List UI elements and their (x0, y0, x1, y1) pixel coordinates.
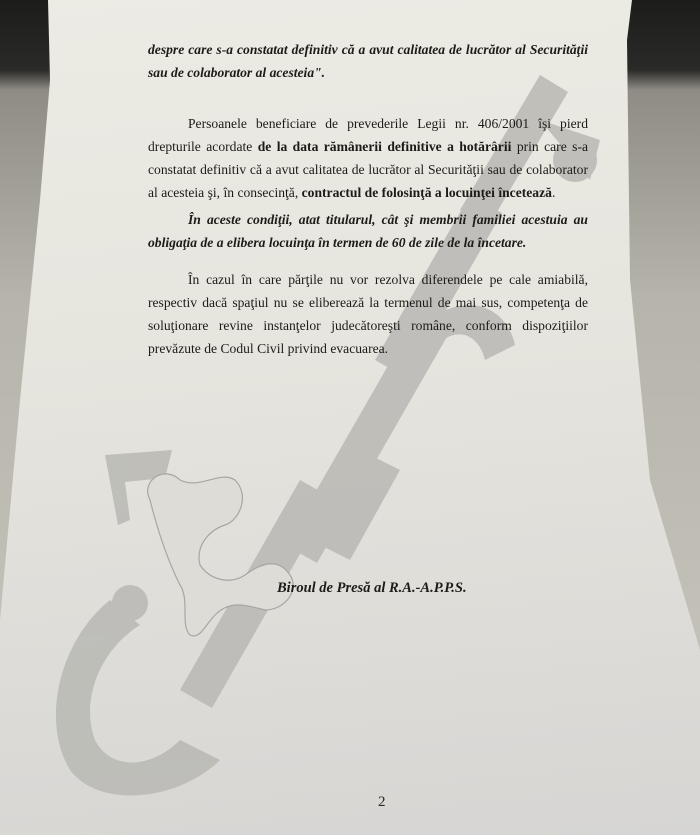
paragraph-obligation: În aceste condiţii, atat titularul, cât … (148, 208, 588, 254)
document-body: despre care s-a constatat definitiv că a… (0, 0, 700, 835)
text-segment-bold: de la data rămânerii definitive a hotărâ… (258, 139, 512, 154)
paragraph-quote-end: despre care s-a constatat definitiv că a… (148, 38, 588, 84)
signature-press-office: Biroul de Presă al R.A.-A.P.P.S. (277, 580, 467, 597)
paragraph-eviction: În cazul în care părţile nu vor rezolva … (148, 268, 588, 360)
page-number: 2 (378, 794, 386, 811)
paragraph-rights-loss: Persoanele beneficiare de prevederile Le… (148, 112, 588, 204)
text-segment-bold: contractul de folosinţă a locuinţei înce… (302, 185, 552, 200)
text-segment: . (552, 185, 555, 200)
